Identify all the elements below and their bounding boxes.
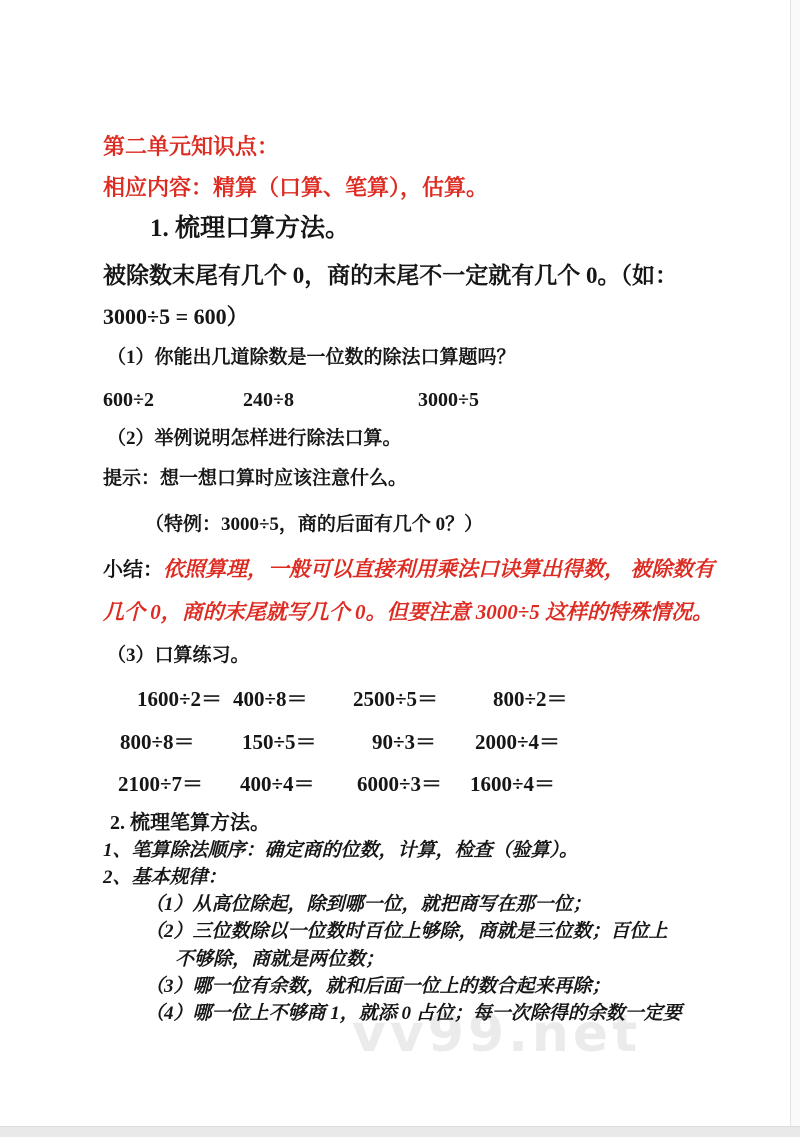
hint-line: 提示：想一想口算时应该注意什么。: [103, 467, 407, 491]
section-2-title: 2. 梳理笔算方法。: [110, 811, 270, 836]
summary-line-2: 几个 0，商的末尾就写几个 0。但要注意 3000÷5 这样的特殊情况。: [103, 599, 713, 626]
practice-cell: 1600÷4＝: [470, 771, 555, 797]
basic-rule-item-2-line1: （2）三位数除以一位数时百位上够除，商就是三位数；百位上: [145, 920, 668, 944]
section-1-title: 1. 梳理口算方法。: [150, 213, 350, 244]
example-expression-3: 3000÷5: [418, 388, 479, 413]
practice-cell: 2100÷7＝: [118, 771, 203, 797]
practice-cell: 800÷2＝: [493, 686, 568, 712]
written-calc-rule-1: 1、笔算除法顺序：确定商的位数，计算，检查（验算）。: [103, 839, 578, 863]
question-1: （1）你能出几道除数是一位数的除法口算题吗？: [107, 346, 516, 370]
example-expression-2: 240÷8: [243, 388, 294, 413]
practice-cell: 400÷4＝: [240, 771, 315, 797]
practice-cell: 2500÷5＝: [353, 686, 438, 712]
basic-rule-item-2-line2: 不够除，商就是两位数；: [175, 948, 384, 972]
example-expressions-row: 600÷2 240÷8 3000÷5: [103, 388, 603, 414]
page-right-gutter: [791, 0, 800, 1127]
practice-row-3: 2100÷7＝ 400÷4＝ 6000÷3＝ 1600÷4＝: [0, 771, 800, 797]
basic-rule-item-1: （1）从高位除起，除到哪一位，就把商写在那一位；: [145, 893, 592, 917]
basic-rule-item-3: （3）哪一位有余数，就和后面一位上的数合起来再除；: [145, 975, 611, 999]
summary-line-1: 小结：依照算理，一般可以直接利用乘法口诀算出得数， 被除数有: [103, 556, 714, 583]
practice-cell: 1600÷2＝: [137, 686, 222, 712]
paragraph-dividend-zeros-line1: 被除数末尾有几个 0，商的末尾不一定就有几个 0。（如：: [103, 262, 678, 291]
practice-row-2: 800÷8＝ 150÷5＝ 90÷3＝ 2000÷4＝: [0, 729, 800, 755]
practice-cell: 150÷5＝: [242, 729, 317, 755]
practice-cell: 6000÷3＝: [357, 771, 442, 797]
paragraph-dividend-zeros-line2: 3000÷5 = 600）: [103, 303, 249, 331]
document-page: vv99.net 第二单元知识点： 相应内容：精算（口算、笔算），估算。 1. …: [0, 0, 800, 1137]
practice-cell: 2000÷4＝: [475, 729, 560, 755]
content-heading: 相应内容：精算（口算、笔算），估算。: [103, 174, 488, 202]
summary-text-1: 依照算理，一般可以直接利用乘法口诀算出得数， 被除数有: [163, 557, 714, 581]
practice-row-1: 1600÷2＝ 400÷8＝ 2500÷5＝ 800÷2＝: [0, 686, 800, 712]
basic-rule-item-4: （4）哪一位上不够商 1，就添 0 占位；每一次除得的余数一定要: [145, 1002, 682, 1026]
practice-cell: 800÷8＝: [120, 729, 195, 755]
written-calc-rule-2: 2、基本规律：: [103, 866, 227, 890]
practice-cell: 400÷8＝: [233, 686, 308, 712]
page-bottom-edge: [0, 1126, 800, 1137]
question-3: （3）口算练习。: [107, 644, 250, 668]
summary-text-2: 几个 0，商的末尾就写几个 0。但要注意 3000÷5 这样的特殊情况。: [103, 600, 713, 624]
unit-heading: 第二单元知识点：: [103, 133, 279, 161]
practice-cell: 90÷3＝: [372, 729, 436, 755]
summary-label: 小结：: [103, 559, 163, 581]
example-expression-1: 600÷2: [103, 388, 154, 413]
special-case-line: （特例：3000÷5，商的后面有几个 0？）: [145, 513, 483, 537]
question-2: （2）举例说明怎样进行除法口算。: [107, 427, 402, 451]
